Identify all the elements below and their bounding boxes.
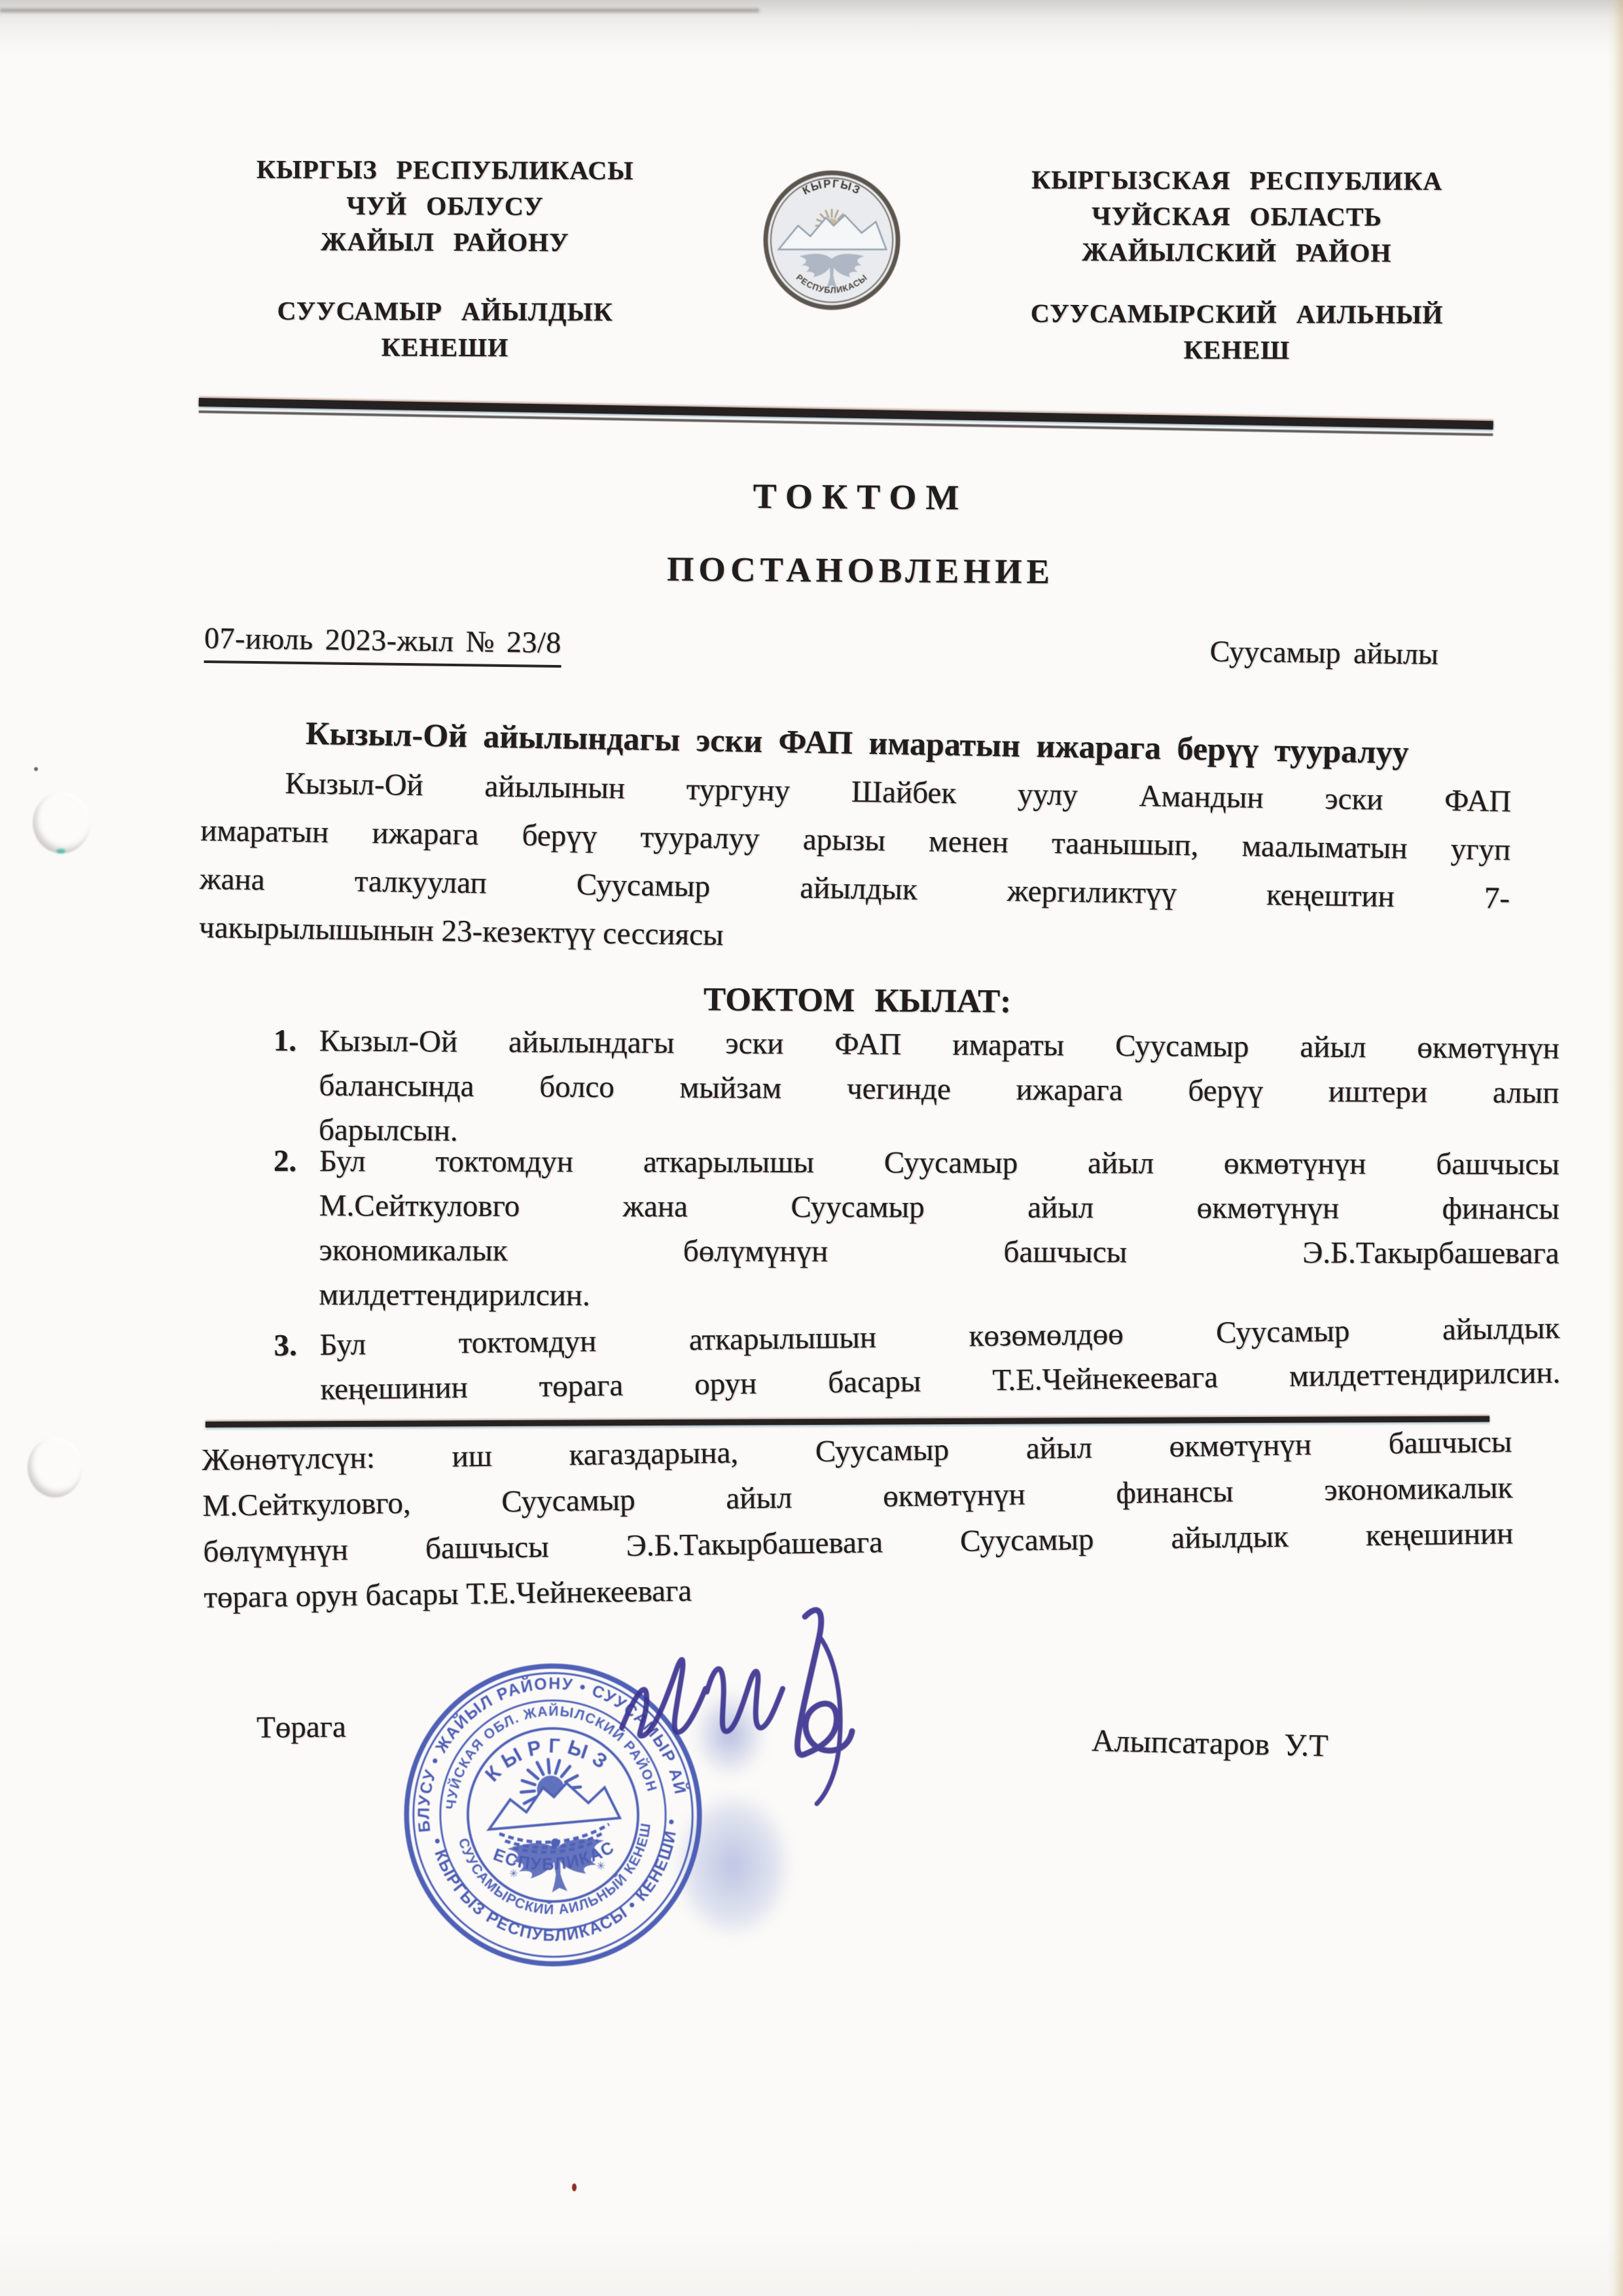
scan-top-edge-line [0,9,759,12]
signer-name: Алыпсатаров У.Т [1091,1723,1329,1764]
resolution-heading: ТОКТОМ КЫЛАТ: [203,977,1512,1024]
header-right-council: СУУСАМЫРСКИЙ АИЛЬНЫЙ КЕНЕШ [975,295,1499,369]
ink-speck [572,2183,577,2191]
header-left-country: КЫРГЫЗ РЕСПУБЛИКАСЫ [193,151,697,189]
resolution-item-2: 2. Бул токтомдун аткарылышы Суусамыр айы… [273,1139,1560,1320]
handwritten-signature [609,1597,923,1878]
meta-row: 07-июль 2023-жыл № 23/8 Суусамыр айылы [204,620,1512,680]
header-right-org-line1: СУУСАМЫРСКИЙ АИЛЬНЫЙ [975,295,1499,333]
header-right-org-line2: КЕНЕШ [975,331,1499,369]
item-3-number: 3. [274,1323,297,1368]
header-left-region: ЧУЙ ОБЛУСУ [193,187,697,225]
state-emblem: КЫРГЫЗ РЕСПУБЛИКАСЫ [760,168,903,313]
doc-type-russian: ПОСТАНОВЛЕНИЕ [203,547,1518,595]
dust-speck [34,767,38,771]
stamp-star-left: ✳ [508,1867,518,1880]
state-emblem-icon: КЫРГЫЗ РЕСПУБЛИКАСЫ [760,168,903,313]
stamp-star-right: ✳ [596,1859,606,1873]
scan-top-edge-shadow [0,0,1623,46]
header-left-district: ЖАЙЫЛ РАЙОНУ [193,223,697,261]
distribution-paragraph: Жөнөтүлсүн: иш кагаздарына, Суусамыр айы… [202,1419,1514,1621]
preamble-paragraph: Кызыл-Ой айылынын тургуну Шайбек уулу Ам… [199,758,1512,971]
doc-type-kyrgyz: ТОКТОМ [203,472,1518,522]
header-left-org-line2: КЕНЕШИ [193,329,697,367]
punch-hole-top [33,792,90,853]
header-divider [199,398,1493,436]
header-left-org-line1: СУУСАМЫР АЙЫЛДЫК [193,293,697,331]
header-right-country: КЫРГЫЗСКАЯ РЕСПУБЛИКА [975,162,1499,200]
header-right-district: ЖАЙЫЛСКИЙ РАЙОН [975,234,1499,272]
header-left-authority: КЫРГЫЗ РЕСПУБЛИКАСЫ ЧУЙ ОБЛУСУ ЖАЙЫЛ РАЙ… [193,151,698,261]
punch-hole-bottom [27,1437,82,1498]
scanned-decree-page: КЫРГЫЗ РЕСПУБЛИКАСЫ ЧУЙ ОБЛУСУ ЖАЙЫЛ РАЙ… [0,0,1623,2296]
header-right-region: ЧУЙСКАЯ ОБЛАСТЬ [975,198,1499,236]
signature-icon [609,1597,923,1878]
item-2-text: Бул токтомдун аткарылышы Суусамыр айыл ө… [319,1139,1560,1320]
item-3-text: Бул токтомдун аткарылышын көзөмөлдөө Суу… [319,1306,1561,1412]
item-2-number: 2. [274,1139,296,1183]
header-left-council: СУУСАМЫР АЙЫЛДЫК КЕНЕШИ [193,293,697,367]
resolution-item-3: 3. Бул токтомдун аткарылышын көзөмөлдөө … [274,1306,1561,1412]
resolution-item-1: 1. Кызыл-Ой айылындагы эски ФАП имараты … [273,1018,1560,1160]
date-number-line: 07-июль 2023-жыл № 23/8 [204,620,562,668]
place-label: Суусамыр айылы [1209,634,1438,679]
scan-right-edge-strip [1607,0,1623,2296]
header-right-authority: КЫРГЫЗСКАЯ РЕСПУБЛИКА ЧУЙСКАЯ ОБЛАСТЬ ЖА… [975,162,1499,272]
signer-role: Төрага [257,1709,346,1745]
item-1-number: 1. [274,1018,297,1063]
item-1-text: Кызыл-Ой айылындагы эски ФАП имараты Суу… [319,1018,1560,1160]
